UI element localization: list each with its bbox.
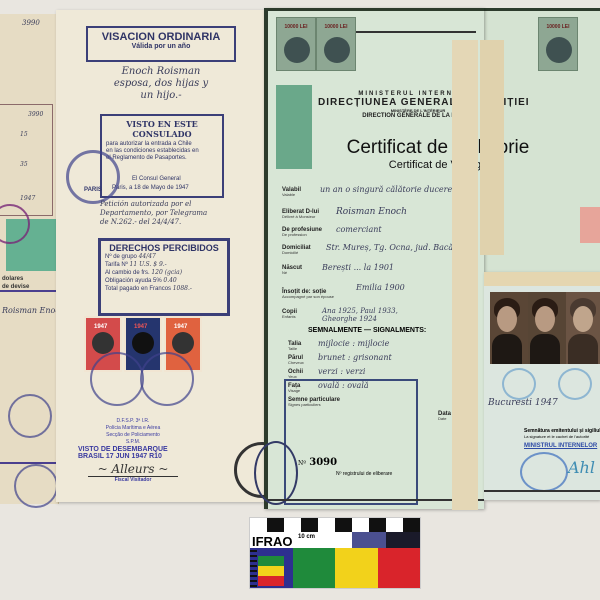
color-swatches	[250, 548, 420, 588]
revenue-stamp: 10000 LEI	[538, 17, 578, 71]
paris-seal	[90, 352, 144, 406]
authorization-note: Petición autorizada por el Departamento,…	[100, 200, 240, 227]
fees-stamp: DERECHOS PERCIBIDOS Nº de grupo 44/47 Ta…	[98, 238, 230, 316]
handwritten-note: Enoch Roisman esposa, dos hijas y un hij…	[96, 66, 226, 102]
photo-woman-1	[490, 292, 528, 364]
paris-seal	[140, 352, 194, 406]
revenue-stamp: 10000 LEI	[276, 17, 316, 71]
register-label: Nº registrului de eliberare	[336, 471, 392, 477]
signature-caption: Semnătura emitentului și sigiliul La sig…	[524, 428, 600, 449]
color-swatch	[335, 548, 378, 588]
paper-fold	[480, 40, 504, 255]
small-color-swatch	[258, 576, 284, 586]
paris-consulate-seal: PARIS	[66, 150, 120, 204]
small-color-swatch	[258, 556, 284, 566]
color-swatch	[293, 548, 336, 588]
circle-stamp	[14, 464, 58, 508]
police-stamp-box	[284, 379, 418, 505]
blue-seal	[502, 368, 536, 400]
ministry-seal	[520, 452, 568, 492]
certificate-fields: ValabilValableun an o singură călătorie …	[282, 187, 462, 333]
ifrao-color-card: IFRAO 10 cm	[249, 517, 421, 589]
scale-bar	[250, 518, 420, 532]
brazil-landing-stamp: D.F.S.P. 3ª I.R. Polícia Marítima e Aére…	[78, 418, 188, 484]
signature: Ahl	[568, 458, 595, 477]
signalments-title: SEMNALMENTE — SIGNALMENTS:	[308, 327, 426, 334]
paper-fold	[452, 40, 478, 510]
photo-page: Bucuresti 1947 Semnătura emitentului și …	[484, 272, 600, 500]
date-label: Data Date	[438, 411, 451, 421]
police-seal	[254, 441, 298, 505]
green-stamp	[276, 85, 312, 169]
circle-stamp	[8, 394, 52, 438]
record-box: 3990 15 35 1947	[0, 104, 53, 216]
small-color-swatch	[258, 566, 284, 576]
certificate-title: Certificat de Călătorie Certificat de Vo…	[328, 137, 548, 171]
certificate-number: Nº 3090	[298, 457, 337, 468]
ifrao-brand: IFRAO	[252, 534, 292, 549]
handwriting-note: 3990	[22, 20, 40, 27]
revenue-stamp: 10000 LEI	[316, 17, 356, 71]
travel-certificate: 10000 LEI 10000 LEI MINISTERUL INTERNELO…	[264, 8, 484, 509]
passport-visa-page: VISACION ORDINARIA Válida por un año Eno…	[56, 10, 264, 502]
photo-woman-2	[528, 292, 566, 364]
passport-far-page: 3990 3990 15 35 1947 dolares de devise R…	[0, 14, 59, 504]
visa-stamp: VISACION ORDINARIA Válida por un año	[86, 26, 236, 62]
scale-label: 10 cm	[298, 534, 315, 540]
photo-woman-3	[566, 292, 600, 364]
blue-seal	[558, 368, 592, 400]
color-swatch	[378, 548, 421, 588]
red-stamp-fragment	[580, 207, 600, 243]
place-date: Bucuresti 1947	[488, 398, 558, 408]
